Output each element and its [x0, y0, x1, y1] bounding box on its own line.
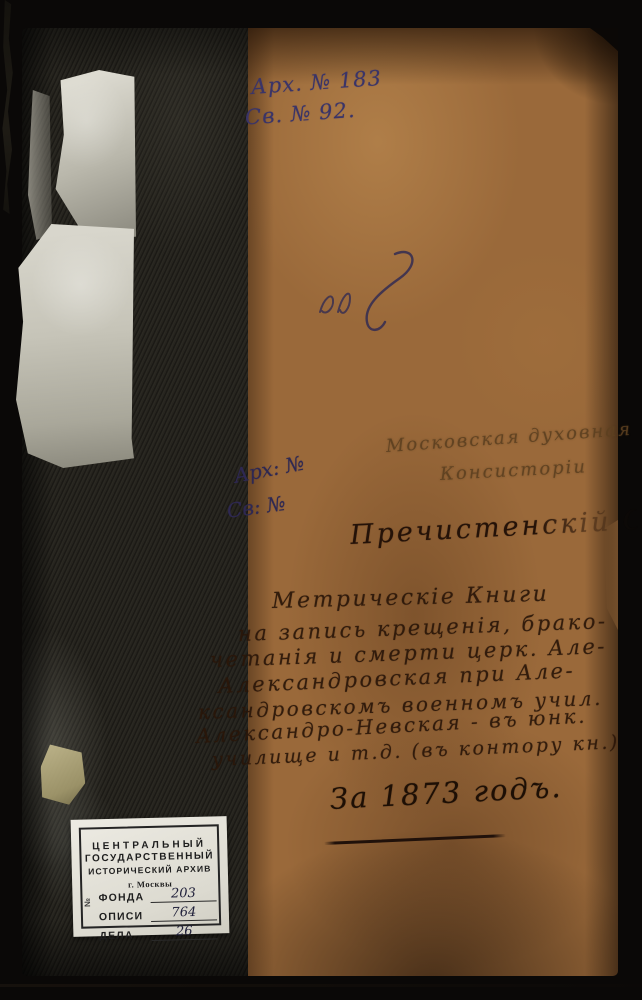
tape-crack — [0, 0, 16, 214]
ink-flourish — [298, 238, 448, 343]
field-name: ДЕЛА — [99, 929, 151, 942]
field-value: 26 — [151, 924, 217, 941]
top-archive-numbers: Арх. № 183 Св. № 92. — [250, 63, 385, 132]
field-value: 764 — [151, 905, 217, 922]
stamp-field-delo: ДЕЛА 26 — [99, 920, 217, 942]
tape-remnant-large — [16, 224, 134, 468]
archive-stamp-label: ЦЕНТРАЛЬНЫЙ ГОСУДАРСТВЕННЫЙ ИСТОРИЧЕСКИЙ… — [71, 816, 230, 937]
archival-photo: Арх. № 183 Св. № 92. Арх: № Св: № Москов… — [0, 0, 642, 1000]
stamp-org-line: ИСТОРИЧЕСКИЙ АРХИВ — [82, 862, 218, 877]
stamp-fields: ФОНДА 203 ОПИСИ 764 ДЕЛА 26 — [98, 882, 217, 942]
field-name: ФОНДА — [98, 891, 150, 904]
book-cover-paper — [248, 28, 618, 976]
stamp-field-fond: ФОНДА 203 — [98, 882, 216, 904]
field-name: ОПИСИ — [99, 910, 151, 923]
stamp-field-opis: ОПИСИ 764 — [99, 901, 217, 923]
stamp-side-mark: № — [83, 897, 92, 907]
cover-torn-corner — [528, 28, 618, 138]
field-value: 203 — [150, 886, 216, 903]
